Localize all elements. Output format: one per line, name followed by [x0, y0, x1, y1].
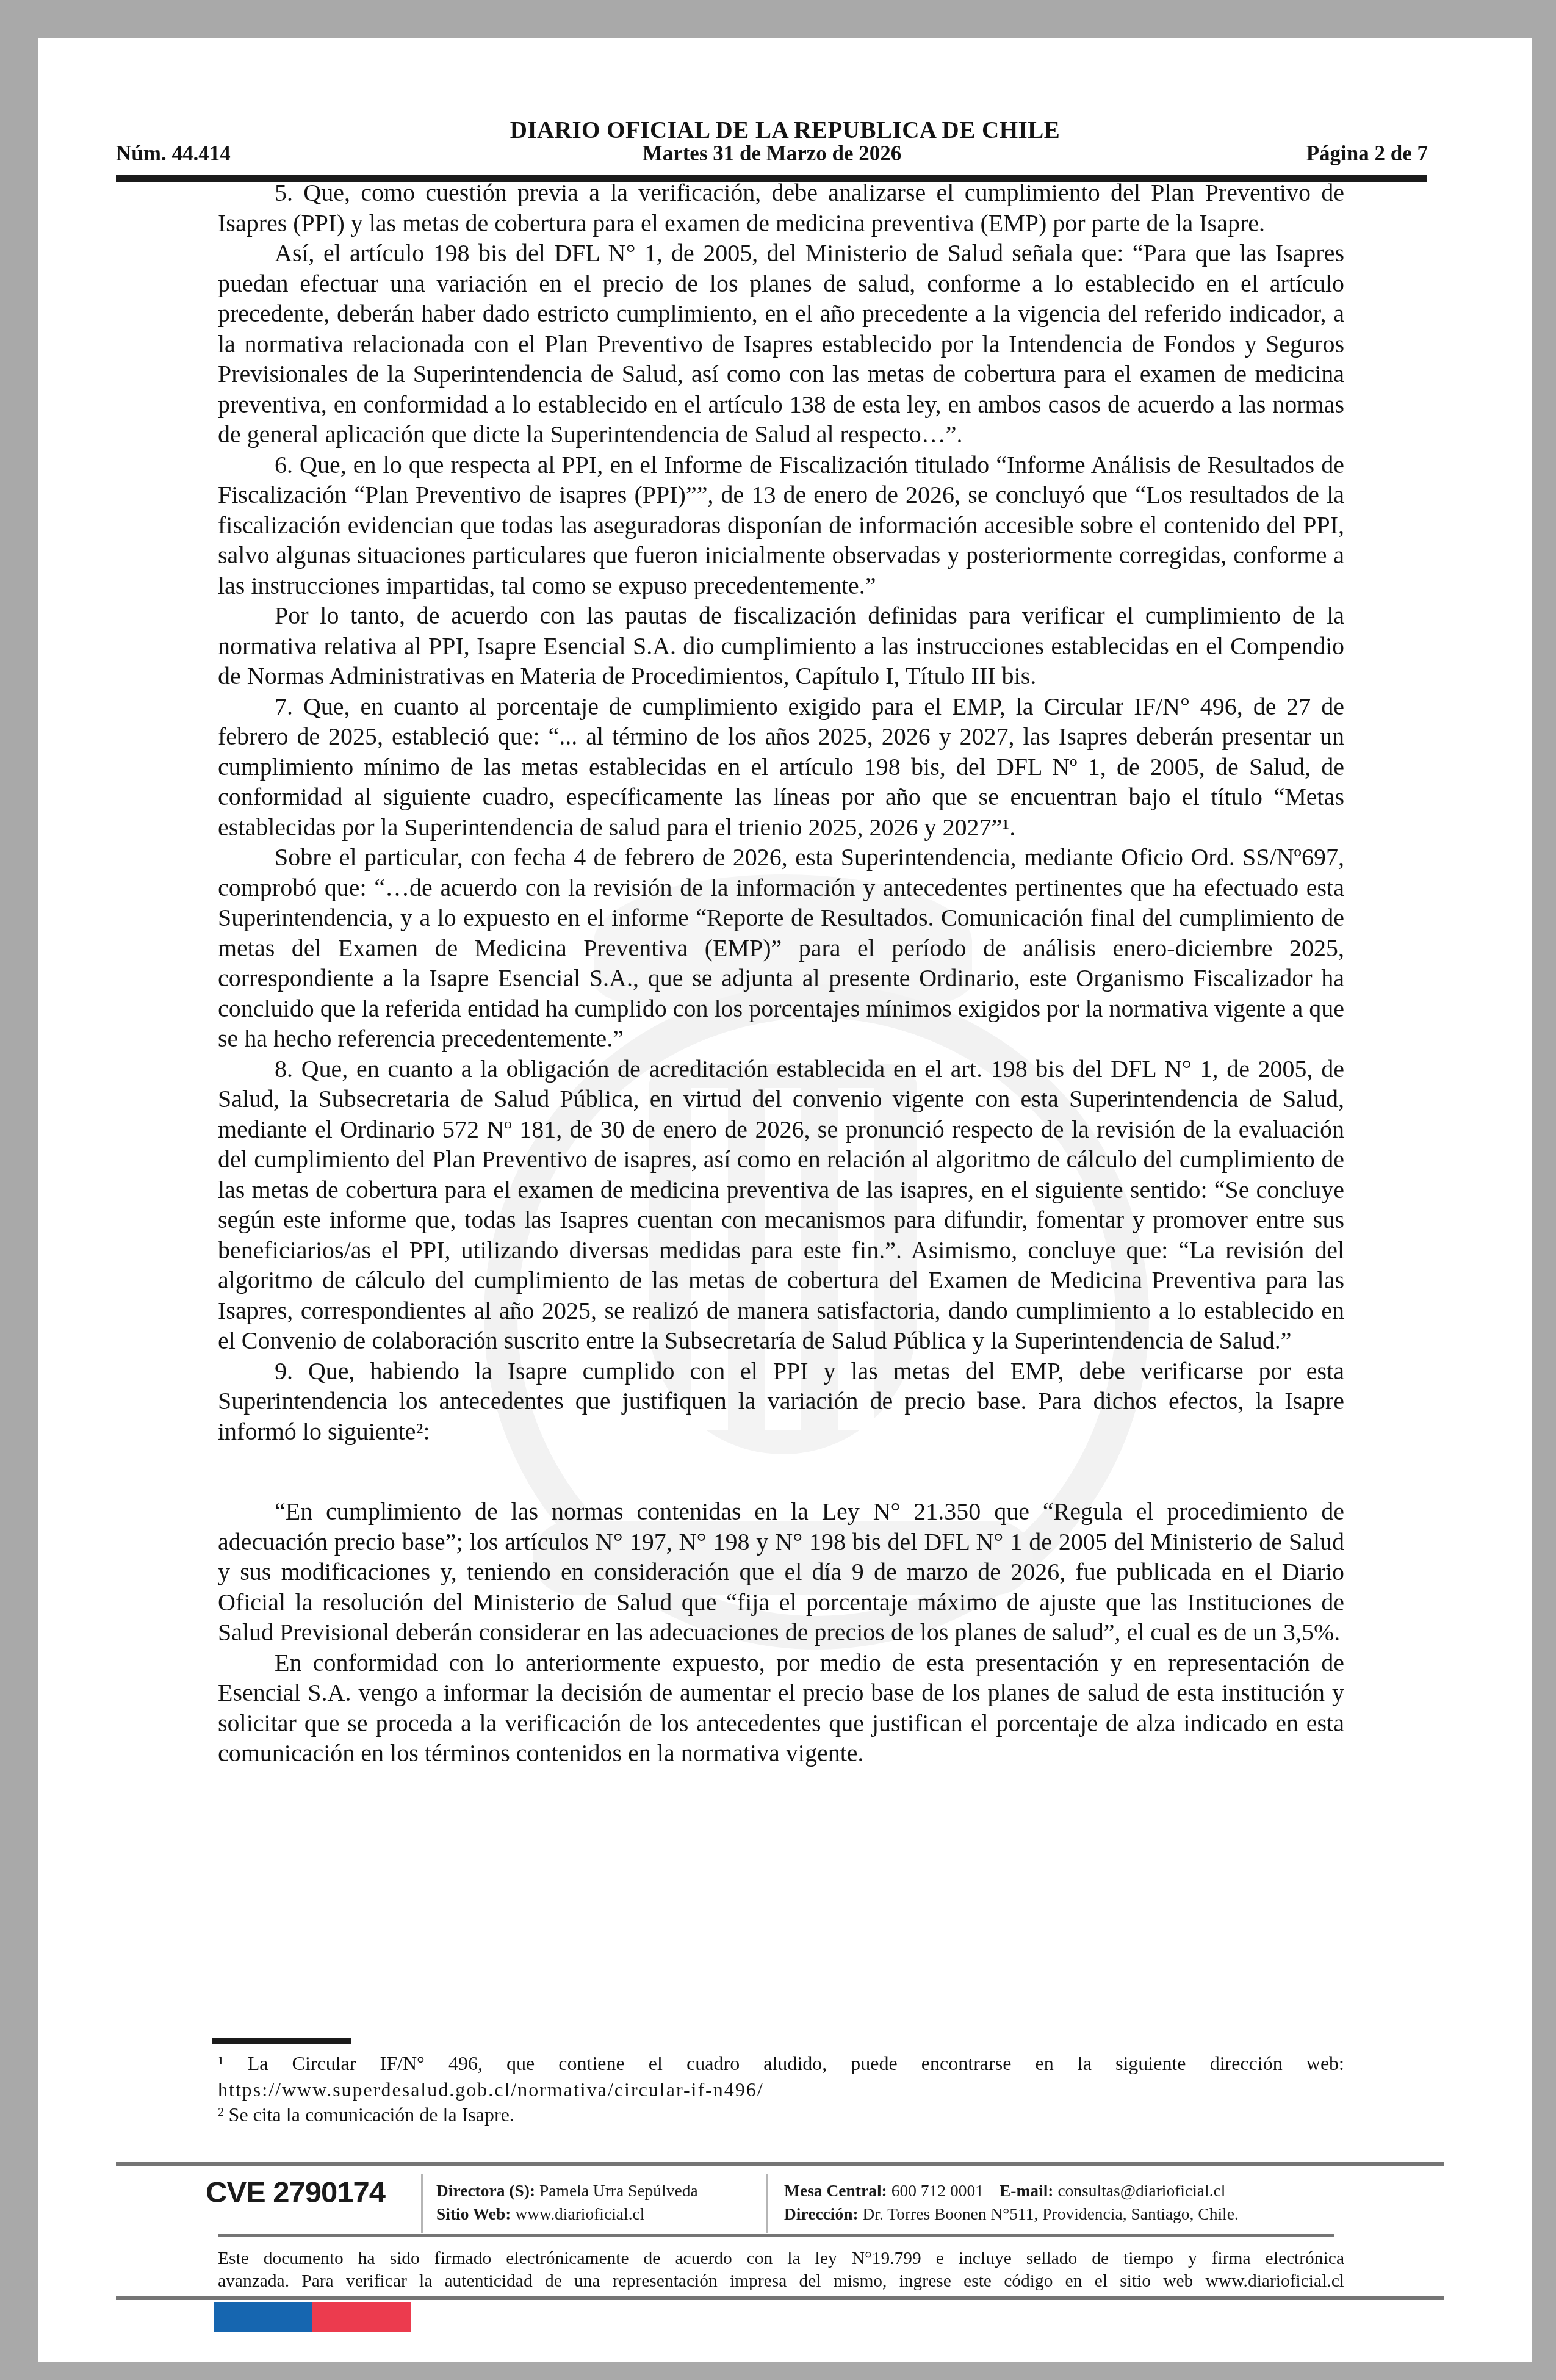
- mesa-central-line: Mesa Central: 600 712 0001E-mail: consul…: [784, 2179, 1239, 2202]
- document-page: DIARIO OFICIAL DE LA REPUBLICA DE CHILE …: [38, 38, 1532, 2362]
- directora-value: Pamela Urra Sepúlveda: [539, 2181, 698, 2200]
- footer-rule-bottom: [116, 2296, 1444, 2300]
- email-label: E-mail:: [1000, 2181, 1054, 2200]
- body-paragraph: 9. Que, habiendo la Isapre cumplido con …: [218, 1356, 1344, 1447]
- directora-label: Directora (S):: [436, 2181, 535, 2200]
- sitio-web-line: Sitio Web: www.diarioficial.cl: [436, 2202, 698, 2226]
- footer-contact-col2: Mesa Central: 600 712 0001E-mail: consul…: [784, 2179, 1239, 2226]
- body-paragraph: Así, el artículo 198 bis del DFL N° 1, d…: [218, 238, 1344, 450]
- body-paragraph: 5. Que, como cuestión previa a la verifi…: [218, 178, 1344, 238]
- header-row: Núm. 44.414 Martes 31 de Marzo de 2026 P…: [116, 142, 1428, 170]
- cve-code: CVE 2790174: [206, 2176, 385, 2210]
- legal-notice-line2: avanzada. Para verificar la autenticidad…: [218, 2270, 1344, 2293]
- footnote-2-text: ² Se cita la comunicación de la Isapre.: [218, 2102, 1344, 2128]
- page-title: DIARIO OFICIAL DE LA REPUBLICA DE CHILE: [38, 117, 1532, 144]
- mesa-central-label: Mesa Central:: [784, 2181, 887, 2200]
- sitio-web-label: Sitio Web:: [436, 2204, 511, 2223]
- legal-notice-line1: Este documento ha sido firmado electróni…: [218, 2248, 1344, 2270]
- directora-line: Directora (S): Pamela Urra Sepúlveda: [436, 2179, 698, 2202]
- chile-flag-logo: [214, 2302, 411, 2332]
- sitio-web-value: www.diarioficial.cl: [515, 2204, 644, 2223]
- body-paragraph: En conformidad con lo anteriormente expu…: [218, 1648, 1344, 1769]
- body-paragraph: 6. Que, en lo que respecta al PPI, en el…: [218, 450, 1344, 601]
- footnote-1-url: https://www.superdesalud.gob.cl/normativ…: [218, 2077, 1344, 2103]
- body-paragraph: Por lo tanto, de acuerdo con las pautas …: [218, 600, 1344, 691]
- direccion-value: Dr. Torres Boonen N°511, Providencia, Sa…: [863, 2204, 1239, 2223]
- footer-rule-middle: [218, 2234, 1334, 2237]
- footer-rule-top: [116, 2162, 1444, 2166]
- body-paragraph: Sobre el particular, con fecha 4 de febr…: [218, 842, 1344, 1054]
- mesa-central-value: 600 712 0001: [891, 2181, 984, 2200]
- footnote-separator: [212, 2038, 351, 2044]
- direccion-line: Dirección: Dr. Torres Boonen N°511, Prov…: [784, 2202, 1239, 2226]
- flag-blue-segment: [214, 2302, 312, 2332]
- footer-divider: [766, 2174, 768, 2233]
- footnote-1-text: ¹ La Circular IF/N° 496, que contiene el…: [218, 2050, 1344, 2077]
- header-date: Martes 31 de Marzo de 2026: [116, 142, 1428, 166]
- body-paragraphs: 5. Que, como cuestión previa a la verifi…: [218, 178, 1344, 1769]
- footer-contact-col1: Directora (S): Pamela Urra Sepúlveda Sit…: [436, 2179, 698, 2226]
- body-paragraph: 7. Que, en cuanto al porcentaje de cumpl…: [218, 691, 1344, 843]
- body-paragraph: 8. Que, en cuanto a la obligación de acr…: [218, 1054, 1344, 1356]
- page-indicator: Página 2 de 7: [1306, 142, 1428, 166]
- document-viewer-background: { "header": { "title": "DIARIO OFICIAL D…: [0, 0, 1556, 2380]
- flag-red-segment: [312, 2302, 411, 2332]
- footer-divider: [421, 2174, 423, 2233]
- direccion-label: Dirección:: [784, 2204, 859, 2223]
- body-paragraph: “En cumplimiento de las normas contenida…: [218, 1496, 1344, 1648]
- email-value: consultas@diarioficial.cl: [1057, 2181, 1225, 2200]
